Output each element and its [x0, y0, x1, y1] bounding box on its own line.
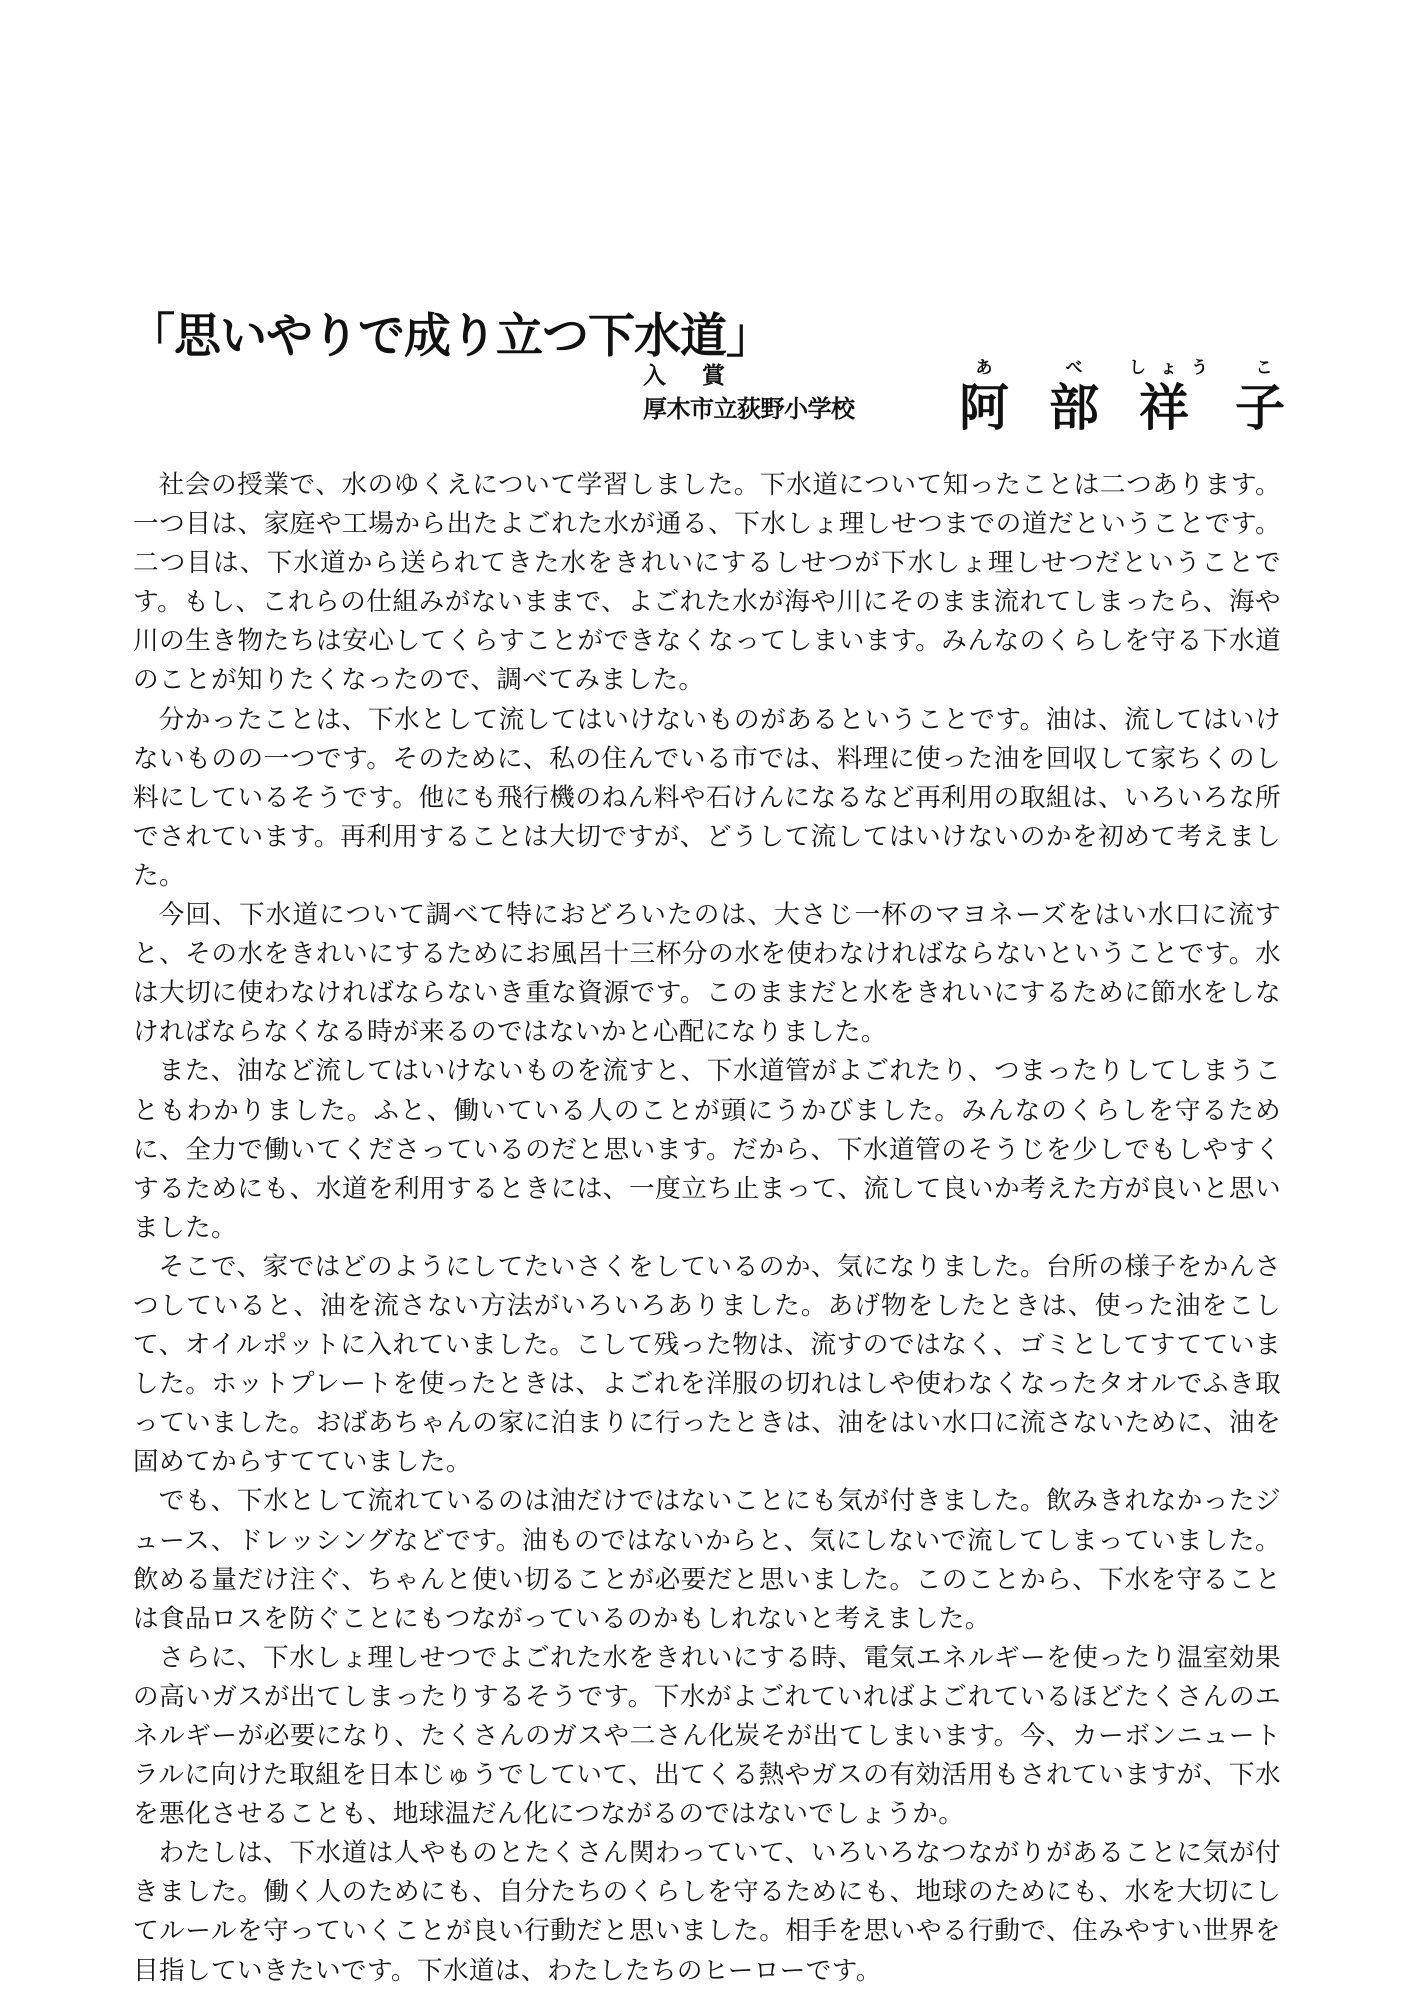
byline: 入 賞 厚木市立荻野小学校 あ 阿 べ 部 しょう 祥 こ 子	[643, 358, 1293, 438]
author-ruby-2: べ	[1049, 358, 1099, 378]
paragraph: さらに、下水しょ理しせつでよごれた水をきれいにする時、電気エネルギーを使ったり温…	[133, 1639, 1281, 1834]
paragraph: 社会の授業で、水のゆくえについて学習しました。下水道について知ったことは二つあり…	[133, 466, 1281, 701]
paragraph: 今回、下水道について調べて特におどろいたのは、大さじ一杯のマヨネーズをはい水口に…	[133, 896, 1281, 1052]
author-char-4: 子	[1235, 380, 1285, 436]
essay-body: 社会の授業で、水のゆくえについて学習しました。下水道について知ったことは二つあり…	[133, 466, 1281, 1991]
paragraph: でも、下水として流れているのは油だけではないことにも気が付きました。飲みきれなか…	[133, 1482, 1281, 1638]
paragraph: 分かったことは、下水として流してはいけないものがあるということです。油は、流して…	[133, 701, 1281, 896]
author-char-3: 祥	[1139, 380, 1189, 436]
school-name: 厚木市立荻野小学校	[643, 394, 855, 424]
author-ruby-1: あ	[959, 358, 1009, 378]
paragraph: わたしは、下水道は人やものとたくさん関わっていて、いろいろなつながりがあることに…	[133, 1834, 1281, 1990]
award-label: 入 賞	[643, 362, 739, 390]
author-char-2: 部	[1049, 380, 1099, 436]
author-ruby-4: こ	[1249, 358, 1279, 378]
author-char-1: 阿	[959, 380, 1009, 436]
essay-page: 「思いやりで成り立つ下水道」 入 賞 厚木市立荻野小学校 あ 阿 べ 部 しょう…	[0, 0, 1413, 2000]
paragraph: また、油など流してはいけないものを流すと、下水道管がよごれたり、つまったりしてし…	[133, 1052, 1281, 1247]
author-name: あ 阿 べ 部 しょう 祥 こ 子	[953, 358, 1293, 438]
paragraph: そこで、家ではどのようにしてたいさくをしているのか、気になりました。台所の様子を…	[133, 1248, 1281, 1483]
